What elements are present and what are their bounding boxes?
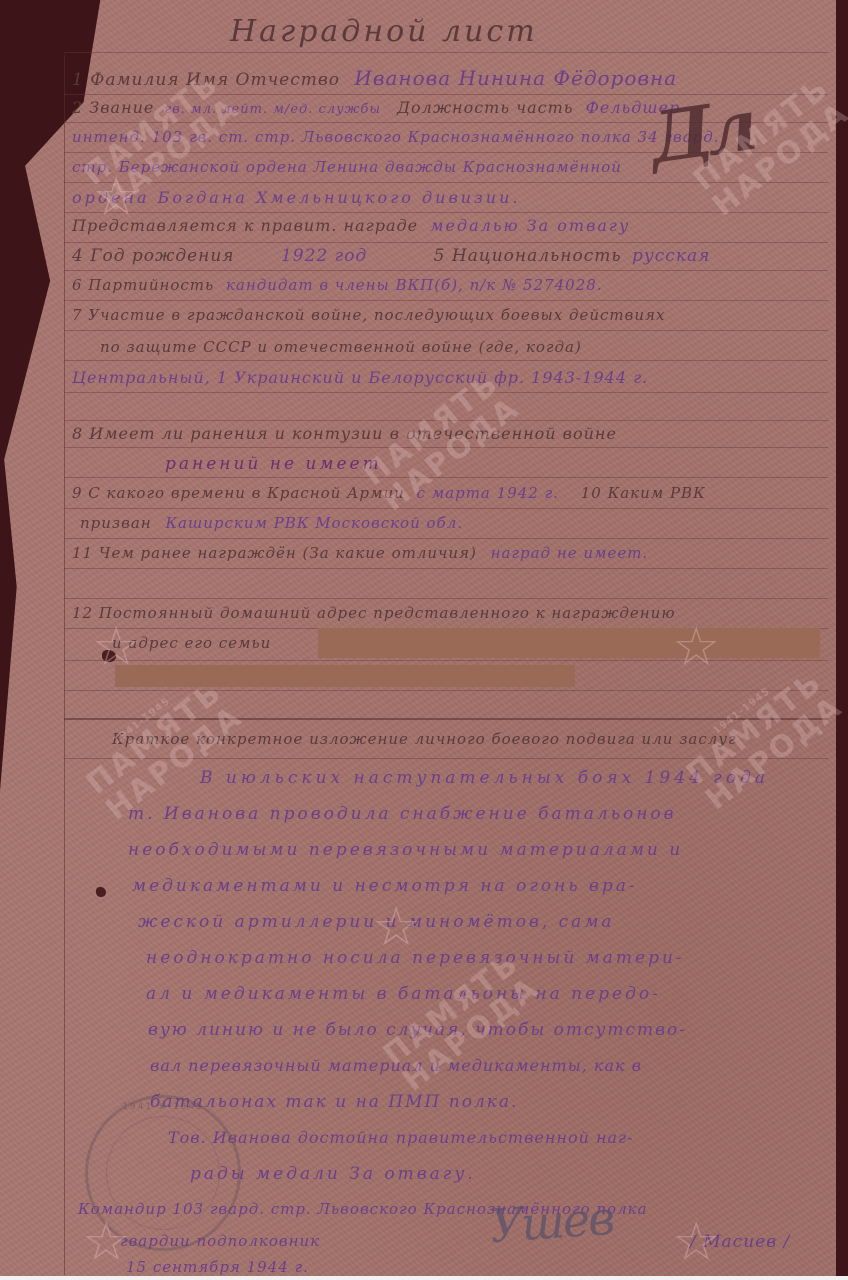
ruled-line: [64, 598, 828, 599]
field-label: Должность часть: [397, 98, 573, 117]
field-label: 1 Фамилия Имя Отчество: [72, 70, 340, 90]
field-label: 6 Партийность: [72, 276, 214, 294]
narrative-line: медикаментами и несмотря на огонь вра-: [132, 876, 638, 896]
field-value-nationality: русская: [632, 246, 710, 266]
narrative-line: Тов. Иванова достойна правительственной …: [168, 1128, 634, 1147]
narrative-line: вал перевязочный материал и медикаменты,…: [150, 1056, 642, 1075]
ruled-line: [64, 212, 828, 213]
commander-signature: Ушев: [488, 1191, 614, 1253]
field-value-fronts: Центральный, 1 Украинский и Белорусский …: [72, 368, 648, 387]
field-label: 10 Каким РВК: [581, 484, 706, 502]
field-value-draft-office: Каширским РВК Московской обл.: [165, 514, 463, 532]
field-6-row: 6 Партийность кандидат в члены ВКП(б), п…: [72, 276, 603, 294]
document-title: Наградной лист: [230, 14, 538, 49]
field-value-party: кандидат в члены ВКП(б), п/к № 5274028.: [226, 276, 603, 294]
resolution-mark: Дл: [645, 83, 757, 179]
ruled-line: [64, 477, 828, 478]
field-label: 2 Звание: [72, 98, 154, 117]
ruled-line: [64, 330, 828, 331]
margin-rule: [64, 55, 65, 1275]
field-value-prior-awards: наград не имеет.: [491, 544, 649, 562]
ruled-line: [64, 270, 828, 271]
ruled-line: [64, 508, 828, 509]
narrative-line: необходимыми перевязочными материалами и: [128, 840, 683, 860]
watermark-star-icon: ☆: [372, 900, 420, 954]
narrative-line: В июльских наступательных боях 1944 года: [200, 768, 769, 788]
ruled-line: [64, 758, 828, 759]
field-label: 4 Год рождения: [72, 246, 235, 266]
field-7-label: 7 Участие в гражданской войне, последующ…: [72, 306, 665, 324]
field-label: 5 Национальность: [434, 246, 622, 266]
signoff-date: 15 сентября 1944 г.: [126, 1258, 309, 1276]
ruled-line: [64, 392, 828, 393]
ruled-line: [64, 52, 828, 53]
redacted-address-2: [115, 665, 575, 687]
field-3-row: Представляется к правит. награде медалью…: [72, 216, 630, 235]
stamp-text: 1941 ★ 1945: [88, 1102, 238, 1112]
watermark-star-icon: ☆: [92, 170, 140, 224]
narrative-line: т. Иванова проводила снабжение батальоно…: [128, 804, 677, 824]
unit-line-1: интенд. 103 гв. ст. стр. Львовского Крас…: [72, 128, 720, 146]
ruled-line: [64, 182, 828, 183]
field-value-rank: гв. мл. лейт. м/ед. службы: [165, 102, 381, 117]
narrative-line: ал и медикаменты в батальоны на передо-: [146, 984, 661, 1004]
paper-damage-spot: [96, 887, 106, 897]
watermark-star-icon: ☆: [672, 620, 720, 674]
ruled-line: [64, 538, 828, 539]
field-11-row: 11 Чем ранее награждён (За какие отличия…: [72, 544, 648, 562]
field-value-name: Иванова Нинина Фёдоровна: [354, 66, 677, 90]
ruled-line: [64, 447, 828, 448]
redacted-address-1: [318, 628, 820, 658]
ruled-line: [64, 568, 828, 569]
scan-border: [0, 1276, 848, 1280]
field-label: призван: [80, 514, 152, 532]
ruled-line: [64, 420, 828, 421]
narrative-line: вую линию и не было случая, чтобы отсутс…: [148, 1020, 687, 1040]
field-1-row: 1 Фамилия Имя Отчество Иванова Нинина Фё…: [72, 66, 677, 90]
field-9-10-row: 9 С какого времени в Красной Армии с мар…: [72, 484, 706, 502]
field-8-label: 8 Имеет ли ранения и контузии в отечеств…: [72, 424, 617, 443]
narrative-section-header: Краткое конкретное изложение личного бое…: [112, 730, 737, 748]
ruled-line: [64, 300, 828, 301]
watermark-star-icon: ☆: [672, 1215, 720, 1269]
unit-line-2: стр. Бережанской ордена Ленина дважды Кр…: [72, 158, 622, 176]
field-label: 11 Чем ранее награждён (За какие отличия…: [72, 544, 477, 562]
ruled-line: [64, 690, 828, 691]
field-7-label-cont: по защите СССР и отечественной войне (гд…: [100, 338, 582, 356]
field-12-label: 12 Постоянный домашний адрес представлен…: [72, 604, 676, 622]
field-2-row: 2 Звание гв. мл. лейт. м/ед. службы Долж…: [72, 98, 680, 117]
ruled-line: [64, 360, 828, 361]
field-value-service-start: с марта 1942 г.: [417, 484, 559, 502]
section-divider: [64, 718, 828, 720]
field-value-award: медалью За отвагу: [430, 216, 630, 235]
field-4-5-row: 4 Год рождения 1922 год 5 Национальность…: [72, 246, 710, 266]
field-value-wounds: ранений не имеет: [165, 454, 382, 474]
field-label: 9 С какого времени в Красной Армии: [72, 484, 405, 502]
field-10-cont-row: призван Каширским РВК Московской обл.: [80, 514, 463, 532]
watermark-star-icon: ☆: [92, 620, 140, 674]
field-value-birth-year: 1922 год: [281, 246, 367, 266]
ruled-line: [64, 242, 828, 243]
watermark-star-icon: ☆: [82, 1215, 130, 1269]
